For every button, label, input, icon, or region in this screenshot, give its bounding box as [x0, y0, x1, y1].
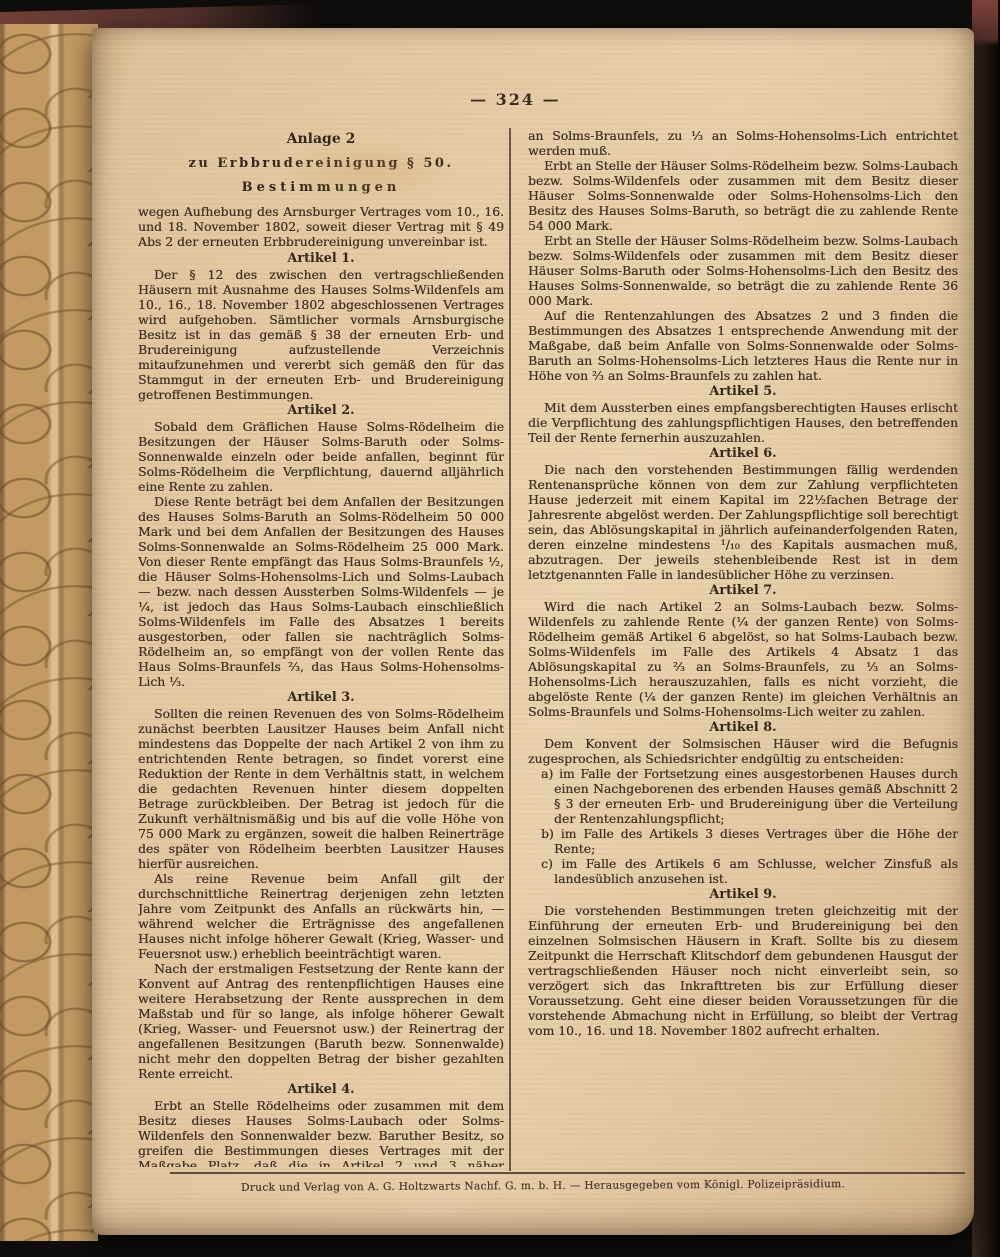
paragraph: Sollten die reinen Revenuen des von Solm… — [138, 706, 504, 871]
article-heading: Artikel 6. — [528, 446, 958, 461]
right-column: an Solms-Braunfels, zu ⅓ an Solms-Hohens… — [528, 128, 958, 1167]
article-heading: Artikel 2. — [138, 403, 504, 418]
article-heading: Artikel 5. — [528, 384, 958, 399]
paragraph: Wird die nach Artikel 2 an Solms-Laubach… — [528, 599, 958, 719]
footer-rule — [170, 1172, 965, 1174]
paragraph: Die nach den vorstehenden Bestimmungen f… — [528, 462, 958, 582]
book-photo: — 324 — Anlage 2 zu Erbbrudereinigung § … — [0, 0, 1000, 1257]
list-item: b) im Falle des Artikels 3 dieses Vertra… — [528, 826, 958, 856]
paragraph: Die vorstehenden Bestimmungen treten gle… — [528, 903, 958, 1038]
article-heading: Artikel 3. — [138, 690, 504, 705]
book-spine — [972, 0, 1000, 1257]
section-title: Bestimmungen — [138, 180, 504, 195]
attachment-subtitle: zu Erbbrudereinigung § 50. — [138, 156, 504, 171]
footer-imprint: Druck und Verlag von A. G. Holtzwarts Na… — [122, 1177, 964, 1194]
paragraph: Diese Rente beträgt bei dem Anfallen der… — [138, 494, 504, 689]
column-divider — [509, 128, 511, 1171]
paragraph: Der § 12 des zwischen den vertragschließ… — [138, 267, 504, 402]
paragraph: Erbt an Stelle der Häuser Solms-Rödelhei… — [528, 158, 958, 233]
article-heading: Artikel 1. — [138, 251, 504, 266]
article-heading: Artikel 9. — [528, 887, 958, 902]
spine-top-corner — [972, 0, 998, 46]
article-heading: Artikel 7. — [528, 583, 958, 598]
left-column: Anlage 2 zu Erbbrudereinigung § 50. Best… — [138, 128, 504, 1167]
page-number: — 324 — — [92, 90, 939, 109]
preamble: wegen Aufhebung des Arnsburger Vertrages… — [138, 204, 504, 249]
paragraph: Nach der erstmaligen Festsetzung der Ren… — [138, 961, 504, 1081]
page: — 324 — Anlage 2 zu Erbbrudereinigung § … — [92, 28, 974, 1235]
paragraph: Auf die Rentenzahlungen des Absatzes 2 u… — [528, 308, 958, 383]
text-columns: Anlage 2 zu Erbbrudereinigung § 50. Best… — [138, 128, 958, 1167]
article-heading: Artikel 4. — [138, 1082, 504, 1097]
paragraph-continuation: an Solms-Braunfels, zu ⅓ an Solms-Hohens… — [528, 128, 958, 158]
paragraph: Mit dem Aussterben eines empfangsberecht… — [528, 400, 958, 445]
paragraph: Erbt an Stelle Rödelheims oder zusammen … — [138, 1098, 504, 1167]
paragraph: Sobald dem Gräflichen Hause Solms-Rödelh… — [138, 419, 504, 494]
paragraph: Dem Konvent der Solmsischen Häuser wird … — [528, 736, 958, 766]
right-column-blocks: an Solms-Braunfels, zu ⅓ an Solms-Hohens… — [528, 128, 958, 1038]
list-item: c) im Falle des Artikels 6 am Schlusse, … — [528, 856, 958, 886]
left-column-blocks: Artikel 1.Der § 12 des zwischen den vert… — [138, 251, 504, 1167]
paragraph: Erbt an Stelle der Häuser Solms-Rödelhei… — [528, 233, 958, 308]
attachment-title: Anlage 2 — [138, 132, 504, 147]
article-heading: Artikel 8. — [528, 720, 958, 735]
marbled-endpaper — [0, 24, 98, 1241]
paragraph: Als reine Revenue beim Anfall gilt der d… — [138, 871, 504, 961]
list-item: a) im Falle der Fortsetzung eines ausges… — [528, 766, 958, 826]
